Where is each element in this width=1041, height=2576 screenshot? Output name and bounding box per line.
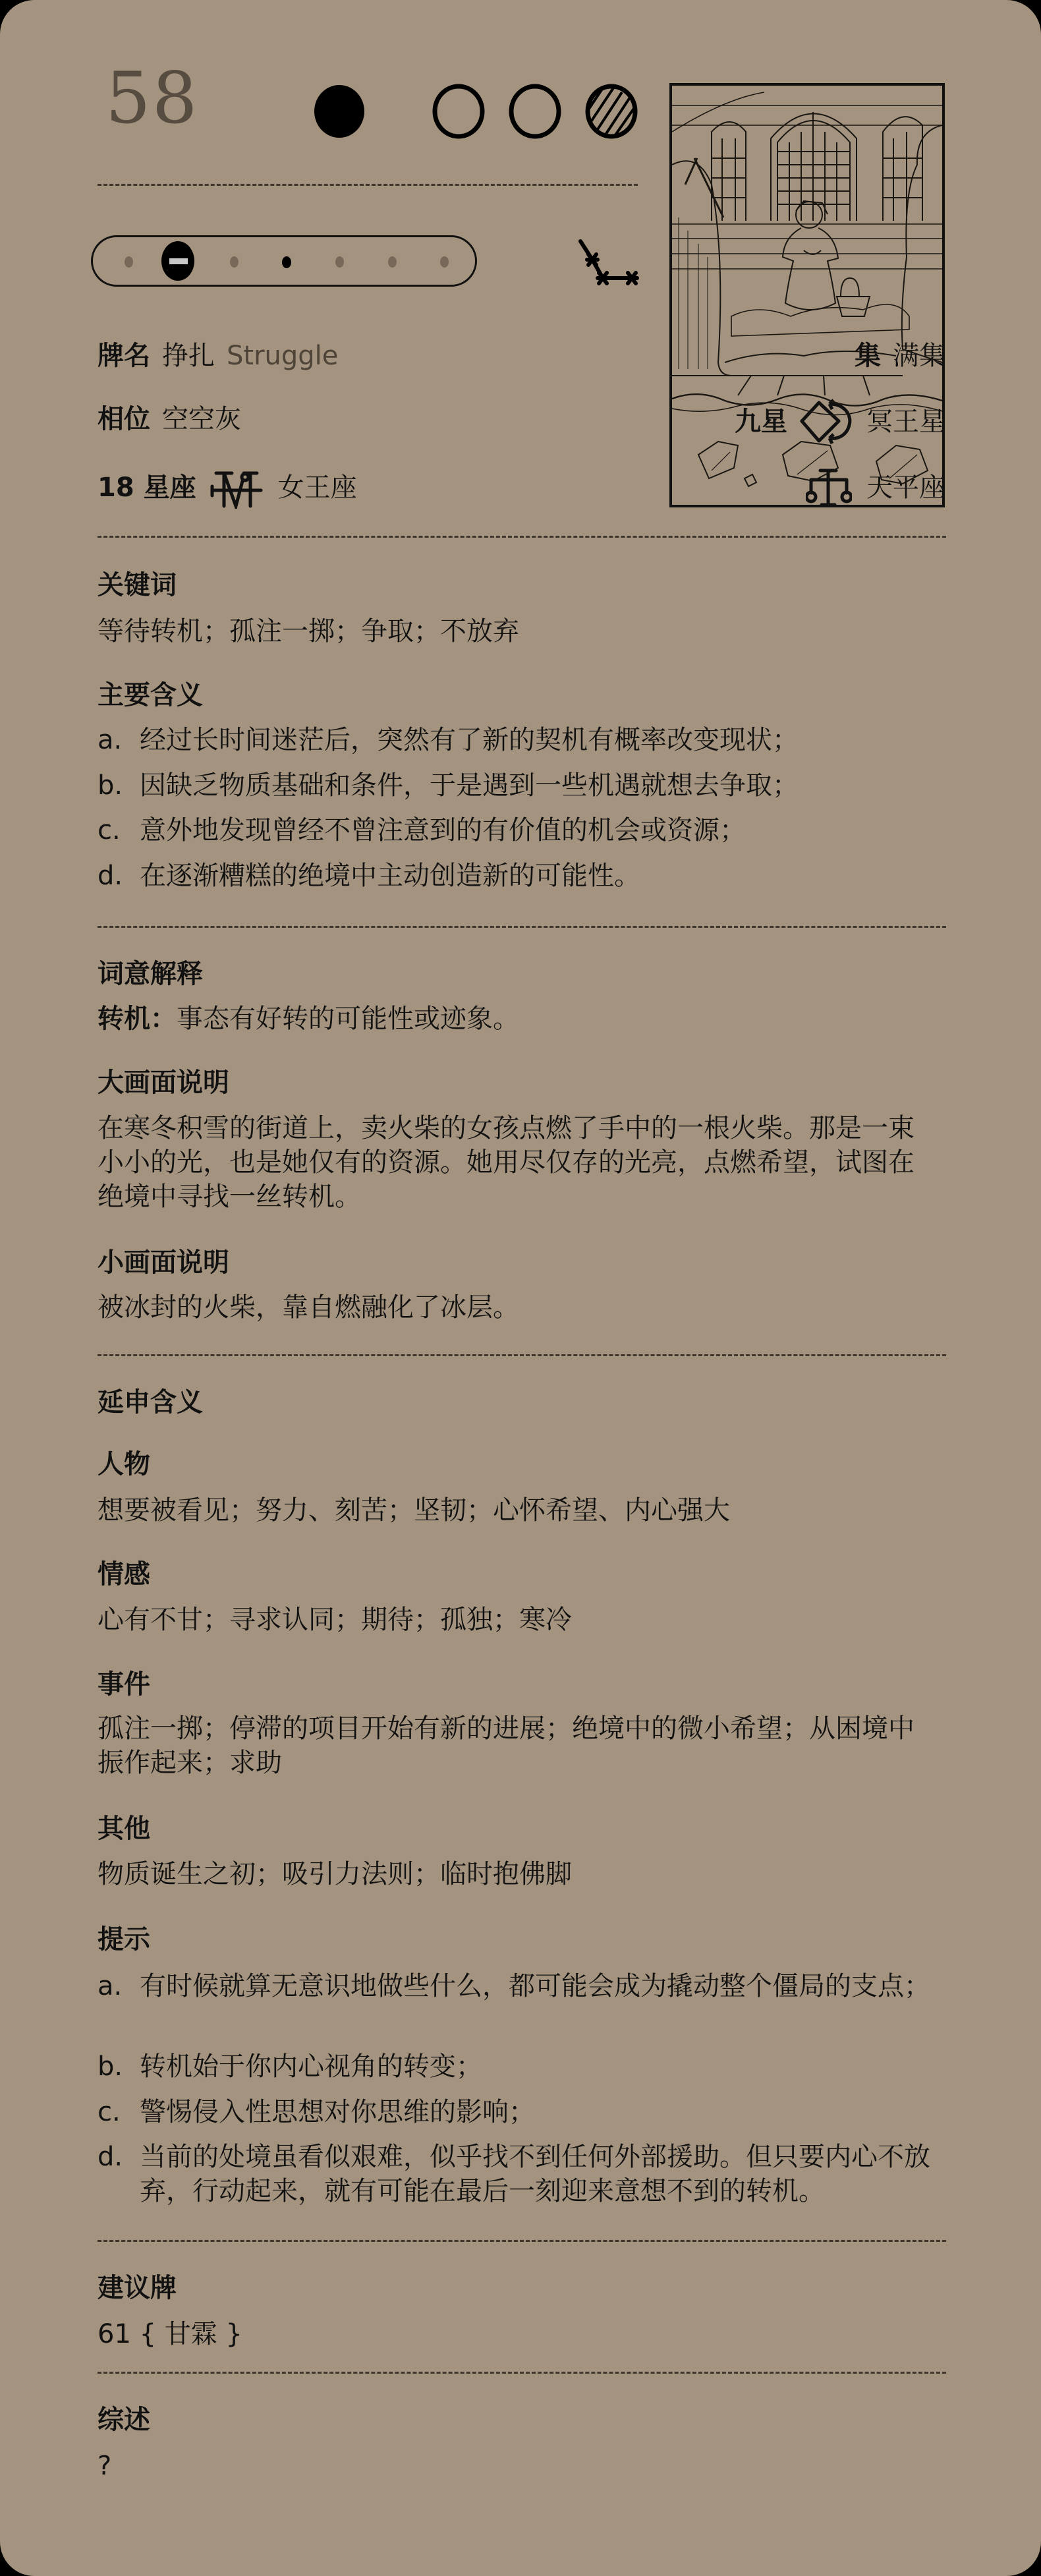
word-meaning-definition: 事态有好转的可能性或迹象。 xyxy=(177,1004,519,1034)
big-picture-title: 大画面说明 xyxy=(98,1066,229,1100)
people-text: 想要被看见；努力、刻苦；坚韧；心怀希望、内心强大 xyxy=(98,1493,947,1528)
extended-title: 延申含义 xyxy=(98,1385,203,1419)
divider xyxy=(98,536,946,538)
tips-item: d. 当前的处境虽看似艰难，似乎找不到任何外部援助。但只要内心不放弃，行动起来，… xyxy=(98,2140,947,2208)
word-meaning-term: 转机： xyxy=(98,1004,177,1034)
tips-item: c. 警惕侵入性思想对你思维的影响； xyxy=(98,2095,947,2129)
other-title: 其他 xyxy=(98,1812,150,1846)
divider xyxy=(98,926,946,928)
divider xyxy=(98,2240,946,2242)
phase-value: 空空灰 xyxy=(162,402,241,436)
illustration-scene-icon xyxy=(672,86,942,505)
tips-item: a. 有时候就算无意识地做些什么，都可能会成为撬动整个僵局的支点； xyxy=(98,1969,947,2003)
zodiac18-label: 18 星座 xyxy=(98,471,196,505)
events-text: 孤注一掷；停滞的项目开始有新的进展；绝境中的微小希望；从困境中振作起来；求助 xyxy=(98,1711,934,1780)
suggested-card-link[interactable]: 61 { 甘霖 } xyxy=(98,2317,947,2351)
other-text: 物质诞生之初；吸引力法则；临时抱佛脚 xyxy=(98,1857,947,1891)
card-name-row: 牌名 挣扎 Struggle xyxy=(98,339,338,373)
card-name-en: Struggle xyxy=(227,339,338,373)
slider-dot[interactable] xyxy=(230,256,239,268)
tips-title: 提示 xyxy=(98,1922,150,1957)
constellation-icon xyxy=(577,237,642,290)
slider-dot[interactable] xyxy=(388,256,397,268)
card-name-cn: 挣扎 xyxy=(162,339,215,373)
moon-phase-row xyxy=(310,83,646,140)
people-title: 人物 xyxy=(98,1447,150,1481)
events-title: 事件 xyxy=(98,1667,150,1702)
word-meaning-text: 转机：事态有好转的可能性或迹象。 xyxy=(98,1002,947,1036)
phase-label: 相位 xyxy=(98,402,150,436)
position-slider[interactable] xyxy=(91,235,477,287)
keywords-title: 关键词 xyxy=(98,568,177,602)
new-moon-filled-icon xyxy=(314,85,364,138)
main-meaning-item: b. 因缺乏物质基础和条件，于是遇到一些机遇就想去争取； xyxy=(98,768,947,803)
word-meaning-title: 词意解释 xyxy=(98,957,203,991)
card-illustration xyxy=(669,83,945,507)
suggested-card-title: 建议牌 xyxy=(98,2271,177,2305)
divider xyxy=(98,1354,946,1356)
main-meaning-item: d. 在逐渐糟糕的绝境中主动创造新的可能性。 xyxy=(98,859,947,893)
queen-constellation-icon xyxy=(208,467,264,509)
tips-item: b. 转机始于你内心视角的转变； xyxy=(98,2049,947,2084)
phase-row: 相位 空空灰 xyxy=(98,402,241,436)
divider xyxy=(98,184,638,186)
tarot-card-detail: 58 牌名 挣 xyxy=(0,0,1041,2576)
card-number: 58 xyxy=(105,63,198,134)
slider-dot[interactable] xyxy=(440,256,449,268)
emotion-title: 情感 xyxy=(98,1557,150,1591)
slider-dot[interactable] xyxy=(335,256,344,268)
zodiac18-row: 18 星座 女王座 xyxy=(98,467,357,509)
keywords-text: 等待转机；孤注一掷；争取；不放弃 xyxy=(98,614,947,648)
emotion-text: 心有不甘；寻求认同；期待；孤独；寒冷 xyxy=(98,1603,947,1637)
summary-text: ? xyxy=(98,2449,947,2483)
zodiac18-value: 女王座 xyxy=(278,471,357,505)
small-picture-title: 小画面说明 xyxy=(98,1245,229,1280)
big-picture-text: 在寒冬积雪的街道上，卖火柴的女孩点燃了手中的一根火柴。那是一束小小的光，也是她仅… xyxy=(98,1111,934,1214)
empty-moon-outline-icon xyxy=(511,86,559,136)
hatched-moon-icon xyxy=(573,83,638,140)
slider-dot[interactable] xyxy=(125,256,133,268)
summary-title: 综述 xyxy=(98,2403,150,2437)
slider-marker[interactable] xyxy=(282,256,291,268)
card-name-label: 牌名 xyxy=(98,339,150,373)
small-picture-text: 被冰封的火柴，靠自燃融化了冰层。 xyxy=(98,1290,947,1325)
main-meaning-item: c. 意外地发现曾经不曾注意到的有价值的机会或资源； xyxy=(98,813,947,847)
main-meaning-item: a. 经过长时间迷茫后，突然有了新的契机有概率改变现状； xyxy=(98,723,947,757)
divider xyxy=(98,2372,946,2374)
empty-moon-outline-icon xyxy=(435,86,482,136)
main-meaning-title: 主要含义 xyxy=(98,678,203,712)
slider-knob[interactable] xyxy=(161,241,194,281)
